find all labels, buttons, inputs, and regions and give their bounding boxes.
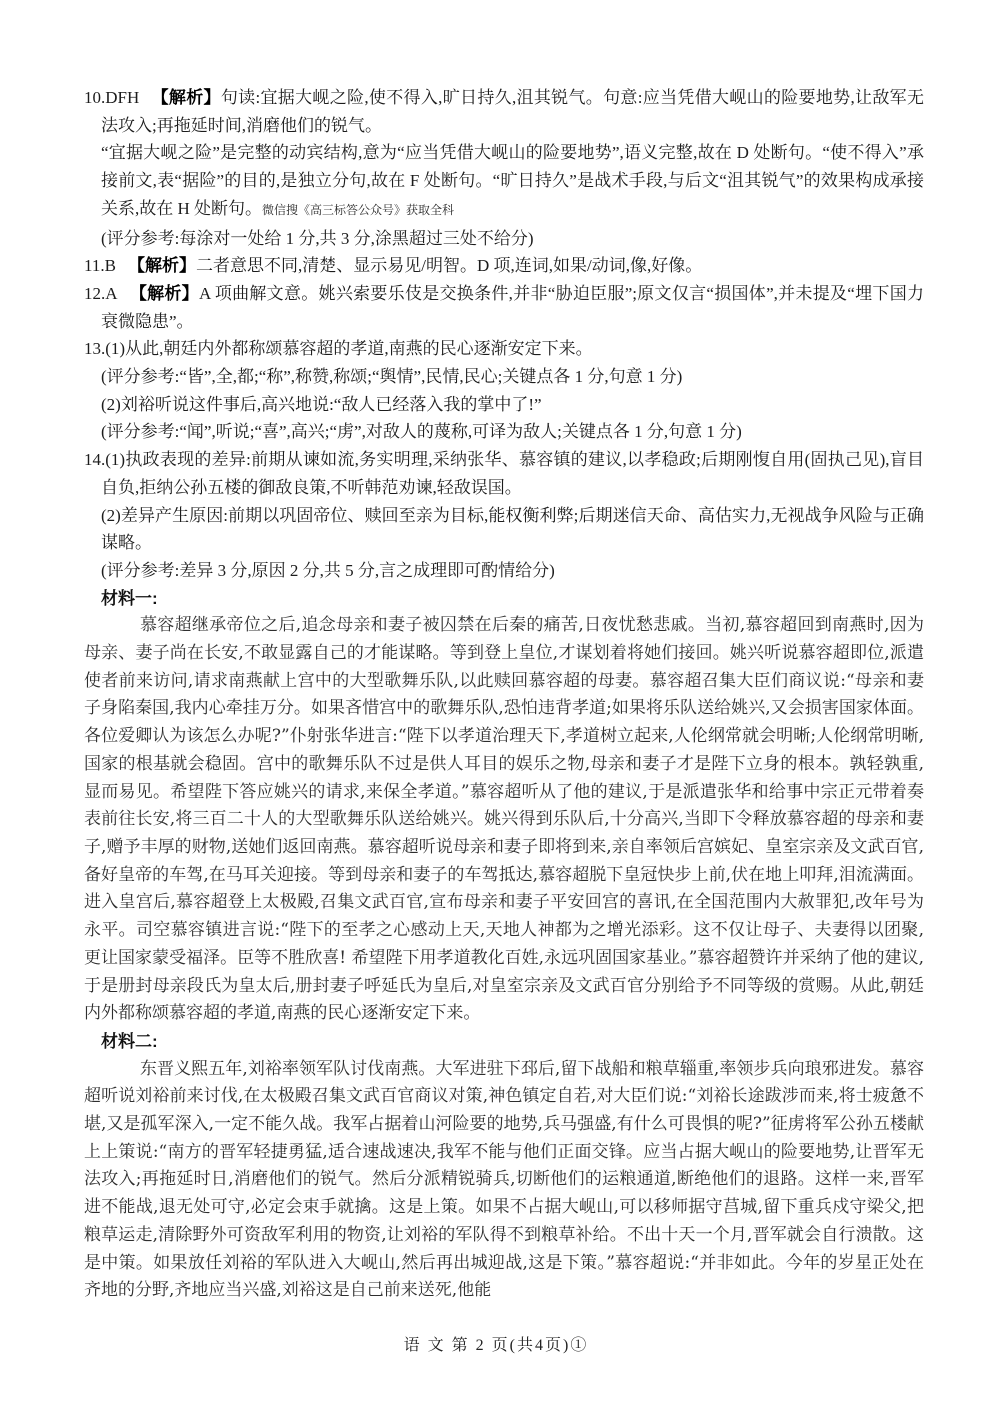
question-number: 14. [84,450,105,469]
score-note: (评分参考:“闻”,听说;“喜”,高兴;“虏”,对敌人的蔑称,可译为敌人;关键点… [84,418,924,446]
answer-item-11: 11.B【解析】二者意思不同,清楚、显示易见/明智。D 项,连词,如果/动词,像… [84,252,924,280]
answer-line: 11.B【解析】二者意思不同,清楚、显示易见/明智。D 项,连词,如果/动词,像… [84,252,924,280]
material-2-heading: 材料二: [84,1028,924,1056]
analysis-text: 句读:宜据大岘之险,使不得入,旷日持久,沮其锐气。句意:应当凭借大岘山的险要地势… [101,88,924,135]
scanned-answer-page: { "q10": { "label": "10.DFH", "tag": "【解… [0,0,992,1403]
answer-line: 12.A【解析】A 项曲解文意。姚兴索要乐伎是交换条件,并非“胁迫臣服”;原文仅… [84,280,924,335]
answer-line: 13.(1)从此,朝廷内外都称颂慕容超的孝道,南燕的民心逐渐安定下来。 [84,335,924,363]
answer-line: 14.(1)执政表现的差异:前期从谏如流,务实明理,采纳张华、慕容镇的建议,以孝… [84,446,924,501]
question-number: 10.DFH [84,88,139,107]
score-note: (评分参考:“皆”,全,都;“称”,称赞,称颂;“舆情”,民情,民心;关键点各 … [84,363,924,391]
score-note: (评分参考:差异 3 分,原因 2 分,共 5 分,言之成理即可酌情给分) [84,557,924,585]
answer-part-2: (2)刘裕听说这件事后,高兴地说:“敌人已经落入我的掌中了!” [84,391,924,419]
score-note: (评分参考:每涂对一处给 1 分,共 3 分,涂黑超过三处不给分) [84,225,924,253]
answer-item-13: 13.(1)从此,朝廷内外都称颂慕容超的孝道,南燕的民心逐渐安定下来。 (评分参… [84,335,924,446]
material-1: 材料一: 慕容超继承帝位之后,追念母亲和妻子被囚禁在后秦的痛苦,日夜忧愁悲戚。当… [84,585,924,1028]
analysis-text: A 项曲解文意。姚兴索要乐伎是交换条件,并非“胁迫臣服”;原文仅言“损国体”,并… [101,284,924,331]
answer-part-1: (1)执政表现的差异:前期从谏如流,务实明理,采纳张华、慕容镇的建议,以孝稳政;… [101,450,924,497]
material-1-text: 慕容超继承帝位之后,追念母亲和妻子被囚禁在后秦的痛苦,日夜忧愁悲戚。当初,慕容超… [84,612,924,1028]
answer-part-2: (2)差异产生原因:前期以巩固帝位、赎回至亲为目标,能权衡利弊;后期迷信天命、高… [84,502,924,557]
page-footer: 语 文 第 2 页(共4页)① [0,1332,992,1355]
material-2-text: 东晋义熙五年,刘裕率领军队讨伐南燕。大军进驻下邳后,留下战船和粮草辎重,率领步兵… [84,1056,924,1305]
material-1-heading: 材料一: [84,585,924,613]
watermark-note: 微信搜《高三标答公众号》获取全科 [262,203,454,217]
analysis-tag: 【解析】 [130,284,199,303]
page-footer-text: 语 文 第 2 页(共4页)① [404,1337,589,1354]
analysis-tag: 【解析】 [151,88,221,107]
analysis-text: 二者意思不同,清楚、显示易见/明智。D 项,连词,如果/动词,像,好像。 [196,256,702,275]
analysis-paragraph: “宜据大岘之险”是完整的动宾结构,意为“应当凭借大岘山的险要地势”,语义完整,故… [84,139,924,224]
question-number: 11.B [84,256,116,275]
answer-sheet-content: 10.DFH【解析】句读:宜据大岘之险,使不得入,旷日持久,沮其锐气。句意:应当… [84,84,924,1305]
material-2: 材料二: 东晋义熙五年,刘裕率领军队讨伐南燕。大军进驻下邳后,留下战船和粮草辎重… [84,1028,924,1305]
question-number: 13. [84,339,105,358]
answer-item-12: 12.A【解析】A 项曲解文意。姚兴索要乐伎是交换条件,并非“胁迫臣服”;原文仅… [84,280,924,335]
question-number: 12.A [84,284,118,303]
answer-line: 10.DFH【解析】句读:宜据大岘之险,使不得入,旷日持久,沮其锐气。句意:应当… [84,84,924,139]
answer-item-14: 14.(1)执政表现的差异:前期从谏如流,务实明理,采纳张华、慕容镇的建议,以孝… [84,446,924,585]
analysis-text: “宜据大岘之险”是完整的动宾结构,意为“应当凭借大岘山的险要地势”,语义完整,故… [101,143,924,217]
answer-item-10: 10.DFH【解析】句读:宜据大岘之险,使不得入,旷日持久,沮其锐气。句意:应当… [84,84,924,252]
analysis-tag: 【解析】 [128,256,196,275]
answer-part-1: (1)从此,朝廷内外都称颂慕容超的孝道,南燕的民心逐渐安定下来。 [105,339,592,358]
